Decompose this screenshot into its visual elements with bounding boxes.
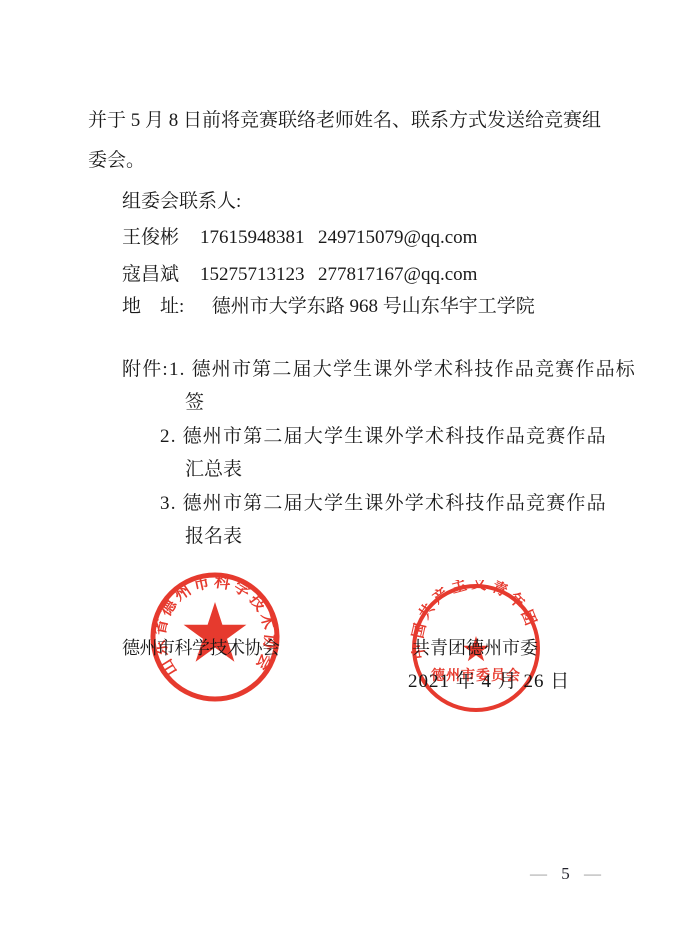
contact-row: 寇昌斌 15275713123 277817167@qq.com	[122, 264, 477, 286]
attachment-item-2-cont: 汇总表	[185, 459, 242, 481]
address-label: 地 址:	[122, 296, 184, 317]
page-number-dash: —	[584, 864, 603, 883]
page-number: — 5 —	[530, 864, 603, 884]
address-line: 地 址: 德州市大学东路 968 号山东华宇工学院	[122, 296, 535, 318]
attachment-item-1: 附件: 1. 德州市第二届大学生课外学术科技作品竞赛作品标	[122, 359, 636, 381]
contact-phone: 17615948381	[200, 227, 318, 249]
paragraph-line-2: 委会。	[88, 150, 145, 172]
contacts-heading: 组委会联系人:	[122, 191, 241, 213]
address-value: 德州市大学东路 968 号山东华宇工学院	[212, 296, 535, 317]
contact-name: 寇昌斌	[122, 264, 200, 286]
right-signature-org: 共青团德州市委	[412, 634, 538, 660]
contact-name: 王俊彬	[122, 227, 200, 249]
attachment-item-1-cont: 签	[185, 392, 204, 414]
attachment-text: 德州市第二届大学生课外学术科技作品竞赛作品标	[192, 359, 636, 380]
attachment-item-2: 2. 德州市第二届大学生课外学术科技作品竞赛作品	[160, 426, 607, 448]
attachment-text: 德州市第二届大学生课外学术科技作品竞赛作品	[183, 426, 607, 447]
paragraph-line-1: 并于 5 月 8 日前将竞赛联络老师姓名、联系方式发送给竞赛组	[88, 110, 601, 132]
contact-row: 王俊彬 17615948381 249715079@qq.com	[122, 227, 477, 249]
attachments-label: 附件:	[122, 359, 163, 381]
attachment-number: 3.	[160, 493, 177, 514]
contact-phone: 15275713123	[200, 264, 318, 286]
attachment-item-3-cont: 报名表	[185, 526, 242, 548]
contact-email: 249715079@qq.com	[318, 227, 477, 249]
page-number-value: 5	[555, 864, 578, 883]
signature-date: 2021 年 4 月 26 日	[408, 666, 570, 693]
page-number-dash: —	[530, 864, 549, 883]
attachment-number: 1.	[169, 359, 186, 380]
contact-email: 277817167@qq.com	[318, 264, 477, 286]
attachment-number: 2.	[160, 426, 177, 447]
attachment-text: 德州市第二届大学生课外学术科技作品竞赛作品	[183, 493, 607, 514]
document-page: 并于 5 月 8 日前将竞赛联络老师姓名、联系方式发送给竞赛组 委会。 组委会联…	[0, 0, 677, 941]
left-signature-org: 德州市科学技术协会	[122, 634, 280, 660]
attachment-item-3: 3. 德州市第二届大学生课外学术科技作品竞赛作品	[160, 493, 607, 515]
